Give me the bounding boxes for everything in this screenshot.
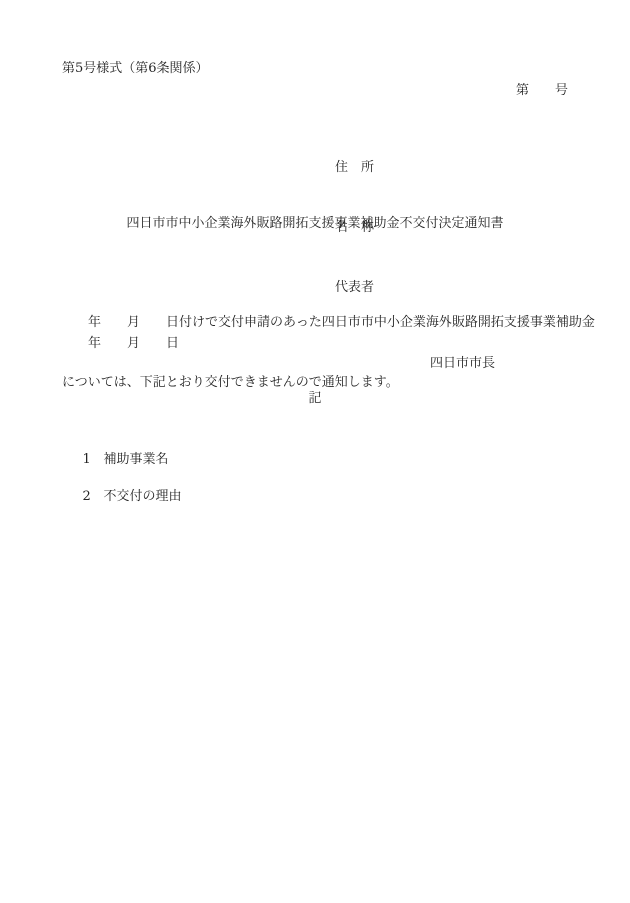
list-item-label: 補助事業名 xyxy=(104,452,169,467)
body-paragraph-line: 年 月 日付けで交付申請のあった四日市市中小企業海外販路開拓支援事業補助金 xyxy=(62,313,595,333)
signature-mayor: 四日市市長 xyxy=(430,354,495,374)
document-number: 第 号 xyxy=(516,81,568,101)
list-item-reason-for-non-grant: 2不交付の理由 xyxy=(66,467,182,527)
list-item-label: 不交付の理由 xyxy=(104,489,182,504)
form-number-label: 第5号様式（第6条関係） xyxy=(62,59,209,79)
notes-heading: 記 xyxy=(0,389,630,409)
list-item-number: 2 xyxy=(83,487,104,507)
addressee-address-label: 住 所 xyxy=(335,158,374,178)
document-title: 四日市市中小企業海外販路開拓支援事業補助金不交付決定通知書 xyxy=(0,214,630,234)
issue-date-line: 年 月 日 xyxy=(88,334,179,354)
document-page: 第5号様式（第6条関係） 第 号 住 所 名 称 代表者 四日市市中小企業海外販… xyxy=(0,0,630,903)
